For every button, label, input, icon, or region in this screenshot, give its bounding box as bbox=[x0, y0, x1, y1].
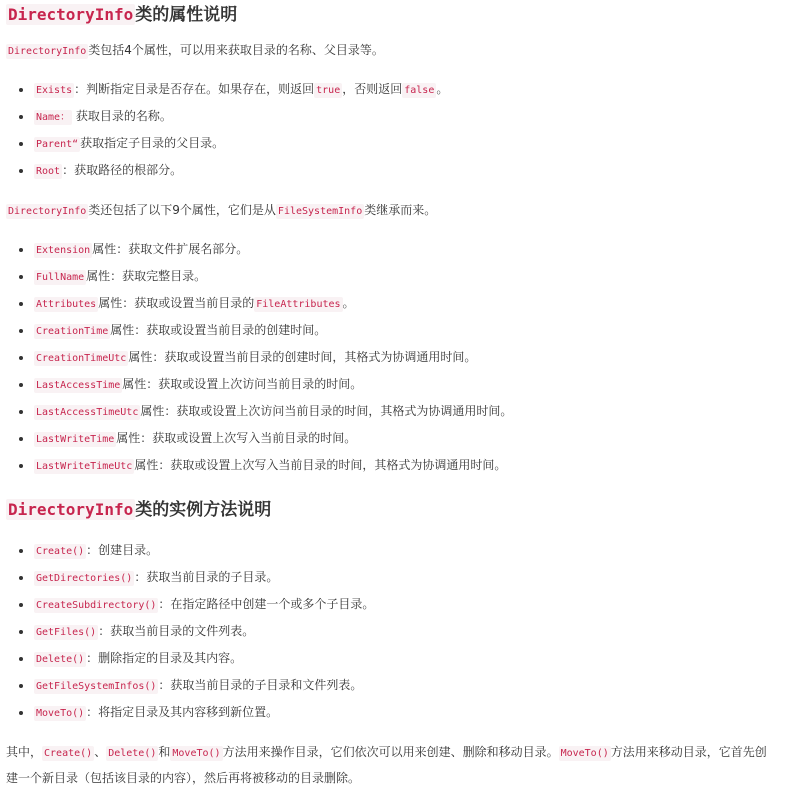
item-text: 属性：获取或设置上次写入当前目录的时间，其格式为协调通用时间。 bbox=[134, 458, 506, 472]
list-item: Name： 获取目录的名称。 bbox=[34, 103, 448, 130]
paragraph-text: 方法用来操作目录，它们依次可以用来创建、删除和移动目录。 bbox=[223, 745, 559, 759]
item-text: 属性：获取或设置当前目录的 bbox=[98, 296, 254, 310]
item-text: 获取指定子目录的父目录。 bbox=[80, 136, 224, 150]
item-text: ：将指定目录及其内容移到新位置。 bbox=[86, 705, 278, 719]
inline-code: CreateSubdirectory() bbox=[34, 598, 158, 613]
list-item: LastWriteTime属性：获取或设置上次写入当前目录的时间。 bbox=[34, 425, 512, 452]
inline-code: DirectoryInfo bbox=[6, 4, 135, 25]
inline-code: Root bbox=[34, 164, 62, 179]
item-text: ：获取当前目录的子目录和文件列表。 bbox=[158, 678, 362, 692]
list-item: CreateSubdirectory()：在指定路径中创建一个或多个子目录。 bbox=[34, 591, 374, 618]
inline-code: CreationTimeUtc bbox=[34, 351, 128, 366]
inline-code: DirectoryInfo bbox=[6, 204, 88, 219]
section-heading-methods: DirectoryInfo类的实例方法说明 bbox=[6, 498, 271, 522]
heading-text: 类的实例方法说明 bbox=[135, 500, 271, 520]
item-text: 获取目录的名称。 bbox=[76, 109, 172, 123]
list-item: LastAccessTime属性：获取或设置上次访问当前目录的时间。 bbox=[34, 371, 512, 398]
inline-code: Exists bbox=[34, 83, 74, 98]
item-text: ：获取当前目录的子目录。 bbox=[134, 570, 278, 584]
inline-code: MoveTo() bbox=[559, 746, 611, 761]
list-item: Delete()：删除指定的目录及其内容。 bbox=[34, 645, 374, 672]
paragraph-inherited: DirectoryInfo类还包括了以下9个属性，它们是从FileSystemI… bbox=[6, 200, 436, 222]
list-item: Attributes属性：获取或设置当前目录的FileAttributes。 bbox=[34, 290, 512, 317]
list-item: GetFileSystemInfos()：获取当前目录的子目录和文件列表。 bbox=[34, 672, 374, 699]
item-text: ，否则返回 bbox=[342, 82, 402, 96]
item-text: ：在指定路径中创建一个或多个子目录。 bbox=[158, 597, 374, 611]
inline-code: FileSystemInfo bbox=[276, 204, 364, 219]
list-item: CreationTime属性：获取或设置当前目录的创建时间。 bbox=[34, 317, 512, 344]
item-text: 属性：获取或设置当前目录的创建时间，其格式为协调通用时间。 bbox=[128, 350, 476, 364]
item-text: 属性：获取完整目录。 bbox=[86, 269, 206, 283]
item-text: 属性：获取或设置上次访问当前目录的时间。 bbox=[122, 377, 362, 391]
inline-code: LastWriteTimeUtc bbox=[34, 459, 134, 474]
inline-code: MoveTo() bbox=[170, 746, 222, 761]
inline-code: LastAccessTime bbox=[34, 378, 122, 393]
paragraph-text: 、 bbox=[94, 745, 106, 759]
inline-code: Delete() bbox=[34, 652, 86, 667]
property-list: Exists：判断指定目录是否存在。如果存在，则返回true，否则返回false… bbox=[6, 76, 448, 184]
list-item: CreationTimeUtc属性：获取或设置当前目录的创建时间，其格式为协调通… bbox=[34, 344, 512, 371]
list-item: FullName属性：获取完整目录。 bbox=[34, 263, 512, 290]
list-item: Extension属性：获取文件扩展名部分。 bbox=[34, 236, 512, 263]
inline-code: Attributes bbox=[34, 297, 98, 312]
inline-code: true bbox=[314, 83, 342, 98]
list-item: Parent“获取指定子目录的父目录。 bbox=[34, 130, 448, 157]
section-heading-properties: DirectoryInfo类的属性说明 bbox=[6, 3, 237, 27]
inline-code: LastAccessTimeUtc bbox=[34, 405, 140, 420]
list-item: LastWriteTimeUtc属性：获取或设置上次写入当前目录的时间，其格式为… bbox=[34, 452, 512, 479]
paragraph-text: 类包括4个属性，可以用来获取目录的名称、父目录等。 bbox=[88, 43, 384, 57]
item-text: 属性：获取或设置上次访问当前目录的时间，其格式为协调通用时间。 bbox=[140, 404, 512, 418]
list-item: GetFiles()：获取当前目录的文件列表。 bbox=[34, 618, 374, 645]
item-text: ：获取路径的根部分。 bbox=[62, 163, 182, 177]
list-item: Root：获取路径的根部分。 bbox=[34, 157, 448, 184]
list-item: MoveTo()：将指定目录及其内容移到新位置。 bbox=[34, 699, 374, 726]
inline-code: GetDirectories() bbox=[34, 571, 134, 586]
inline-code: MoveTo() bbox=[34, 706, 86, 721]
paragraph-text: 其中， bbox=[6, 745, 42, 759]
list-item: Exists：判断指定目录是否存在。如果存在，则返回true，否则返回false… bbox=[34, 76, 448, 103]
inline-code: GetFiles() bbox=[34, 625, 98, 640]
inline-code: CreationTime bbox=[34, 324, 110, 339]
paragraph-intro: DirectoryInfo类包括4个属性，可以用来获取目录的名称、父目录等。 bbox=[6, 40, 384, 62]
list-item: Create()：创建目录。 bbox=[34, 537, 374, 564]
item-text: 属性：获取文件扩展名部分。 bbox=[92, 242, 248, 256]
item-text: ：删除指定的目录及其内容。 bbox=[86, 651, 242, 665]
inline-code: Name： bbox=[34, 110, 72, 125]
inline-code: false bbox=[402, 83, 436, 98]
inline-code: DirectoryInfo bbox=[6, 44, 88, 59]
inline-code: Extension bbox=[34, 243, 92, 258]
inline-code: FileAttributes bbox=[254, 297, 342, 312]
inherited-property-list: Extension属性：获取文件扩展名部分。 FullName属性：获取完整目录… bbox=[6, 236, 512, 479]
item-text: 属性：获取或设置上次写入当前目录的时间。 bbox=[116, 431, 356, 445]
inline-code: Create() bbox=[42, 746, 94, 761]
item-text: 。 bbox=[436, 82, 448, 96]
paragraph-text: 和 bbox=[158, 745, 170, 759]
heading-text: 类的属性说明 bbox=[135, 5, 237, 25]
item-text: ：判断指定目录是否存在。如果存在，则返回 bbox=[74, 82, 314, 96]
list-item: GetDirectories()：获取当前目录的子目录。 bbox=[34, 564, 374, 591]
list-item: LastAccessTimeUtc属性：获取或设置上次访问当前目录的时间，其格式… bbox=[34, 398, 512, 425]
method-list: Create()：创建目录。 GetDirectories()：获取当前目录的子… bbox=[6, 537, 374, 726]
inline-code: Parent“ bbox=[34, 137, 80, 152]
paragraph-text: 类继承而来。 bbox=[364, 203, 436, 217]
inline-code: LastWriteTime bbox=[34, 432, 116, 447]
paragraph-summary: 其中，Create()、Delete()和MoveTo()方法用来操作目录，它们… bbox=[6, 740, 776, 790]
item-text: ：获取当前目录的文件列表。 bbox=[98, 624, 254, 638]
inline-code: Create() bbox=[34, 544, 86, 559]
item-text: 。 bbox=[343, 296, 355, 310]
item-text: 属性：获取或设置当前目录的创建时间。 bbox=[110, 323, 326, 337]
inline-code: GetFileSystemInfos() bbox=[34, 679, 158, 694]
item-text: ：创建目录。 bbox=[86, 543, 158, 557]
inline-code: Delete() bbox=[106, 746, 158, 761]
inline-code: FullName bbox=[34, 270, 86, 285]
inline-code: DirectoryInfo bbox=[6, 499, 135, 520]
paragraph-text: 类还包括了以下9个属性，它们是从 bbox=[88, 203, 276, 217]
